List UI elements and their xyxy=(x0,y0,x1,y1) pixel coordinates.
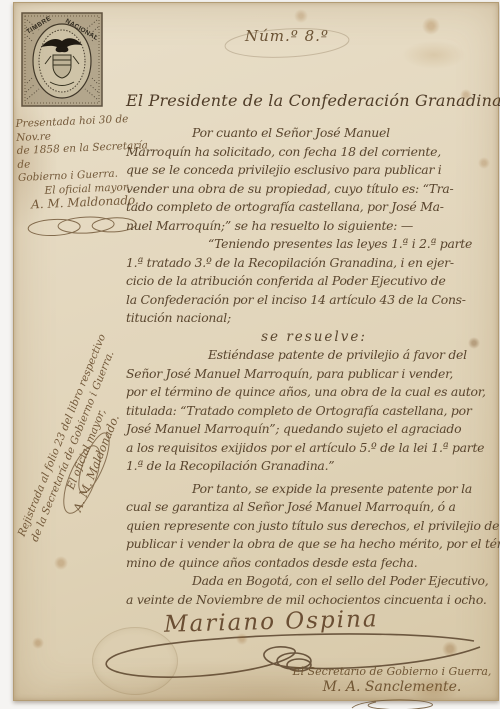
manuscript-line: vender una obra de su propiedad, cuyo tí… xyxy=(126,180,500,199)
manuscript-line: quien represente con justo título sus de… xyxy=(126,517,500,536)
manuscript-line: cicio de la atribución conferida al Pode… xyxy=(126,272,500,291)
timbre-nacional-stamp: TIMBRE NACIONAL xyxy=(21,12,103,107)
document-number: Núm.º 8.º xyxy=(197,27,377,45)
manuscript-line: tado completo de ortografía castellana, … xyxy=(126,198,500,217)
manuscript-body: Por cuanto el Señor José Manuel Marroquí… xyxy=(126,124,500,609)
rubric-flourish xyxy=(24,209,143,242)
secretary-block: El Secretario de Gobierno i Guerra, M. A… xyxy=(292,665,492,709)
manuscript-line: Por cuanto el Señor José Manuel xyxy=(126,124,500,143)
secretary-signature: M. A. Sanclemente. xyxy=(292,679,492,695)
manuscript-line: a veinte de Noviembre de mil ochocientos… xyxy=(126,591,500,610)
manuscript-line: nuel Marroquín;” se ha resuelto lo sigui… xyxy=(126,217,500,236)
document-number-block: Núm.º 8.º xyxy=(197,27,377,45)
manuscript-line: José Manuel Marroquín”; quedando sujeto … xyxy=(126,420,500,439)
document-paper: TIMBRE NACIONAL Núm.º 8.º Presentada hoi… xyxy=(13,2,499,701)
manuscript-line: mino de quince años contados desde esta … xyxy=(126,554,500,573)
document-title: El Presidente de la Confederación Granad… xyxy=(126,91,500,110)
manuscript-line: cual se garantiza al Señor José Manuel M… xyxy=(126,498,500,517)
manuscript-line: Marroquín ha solicitado, con fecha 18 de… xyxy=(126,143,500,162)
manuscript-line: por el término de quince años, una obra … xyxy=(126,383,500,402)
resolution-heading: se resuelve: xyxy=(126,328,500,347)
manuscript-line: 1.ª de la Recopilación Granadina.” xyxy=(126,457,500,476)
manuscript-line: titución nacional; xyxy=(126,309,500,328)
manuscript-line: publicar i vender la obra de que se ha h… xyxy=(126,535,500,554)
manuscript-line: Señor José Manuel Marroquín, para public… xyxy=(126,365,500,384)
manuscript-line: Estiéndase patente de privilejio á favor… xyxy=(126,346,500,365)
manuscript-line: titulada: “Tratado completo de Ortografí… xyxy=(126,402,500,421)
secretary-rubric-flourish xyxy=(344,696,440,709)
manuscript-line: 1.ª tratado 3.º de la Recopilación Grana… xyxy=(126,254,500,273)
manuscript-line: “Teniendo presentes las leyes 1.ª i 2.ª … xyxy=(126,235,500,254)
manuscript-line: Dada en Bogotá, con el sello del Poder E… xyxy=(126,572,500,591)
manuscript-line: la Confederación por el inciso 14 artícu… xyxy=(126,291,500,310)
manuscript-line: Por tanto, se expide la presente patente… xyxy=(126,480,500,499)
secretary-title: El Secretario de Gobierno i Guerra, xyxy=(292,665,492,678)
manuscript-line: que se le conceda privilejio esclusivo p… xyxy=(126,161,500,180)
manuscript-line: a los requisitos exijidos por el artícul… xyxy=(126,439,500,458)
